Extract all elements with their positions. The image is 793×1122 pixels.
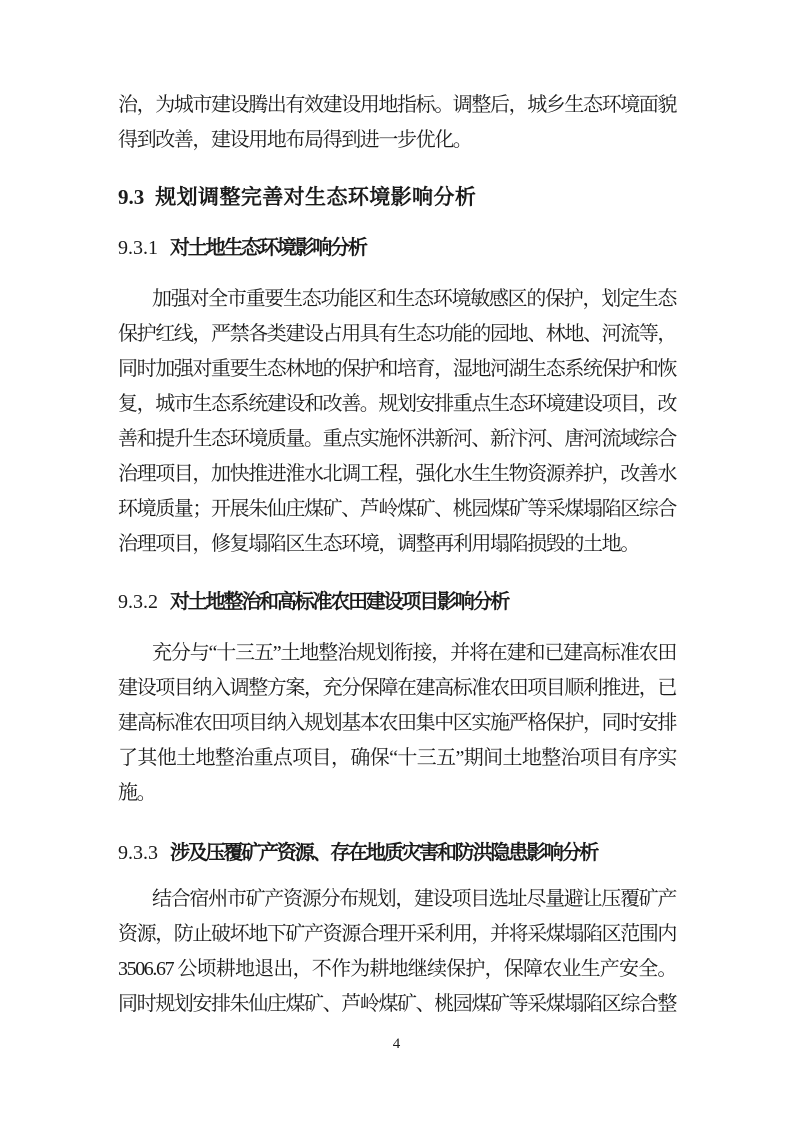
subsection-title: 涉及压覆矿产资源、存在地质灾害和防洪隐患影响分析 — [170, 842, 597, 864]
subsection-heading-9-3-1: 9.3.1对土地生态环境影响分析 — [118, 230, 676, 267]
subsection-heading-9-3-2: 9.3.2对土地整治和高标准农田建设项目影响分析 — [118, 584, 676, 621]
paragraph-continuation: 治，为城市建设腾出有效建设用地指标。调整后，城乡生态环境面貌得到改善，建设用地布… — [118, 88, 676, 158]
section-title: 规划调整完善对生态环境影响分析 — [155, 186, 476, 209]
paragraph-9-3-1: 加强对全市重要生态功能区和生态环境敏感区的保护，划定生态保护红线，严禁各类建设占… — [118, 282, 676, 562]
subsection-number: 9.3.2 — [118, 591, 158, 613]
page-footer: 4 — [0, 1036, 793, 1053]
subsection-title: 对土地生态环境影响分析 — [170, 237, 366, 259]
paragraph-9-3-2: 充分与“十三五”土地整治规划衔接，并将在建和已建高标准农田建设项目纳入调整方案，… — [118, 636, 676, 811]
section-number: 9.3 — [118, 185, 144, 209]
subsection-number: 9.3.1 — [118, 237, 158, 259]
document-page: 治，为城市建设腾出有效建设用地指标。调整后，城乡生态环境面貌得到改善，建设用地布… — [0, 0, 793, 1122]
subsection-title: 对土地整治和高标准农田建设项目影响分析 — [170, 591, 508, 613]
document-content: 治，为城市建设腾出有效建设用地指标。调整后，城乡生态环境面貌得到改善，建设用地布… — [118, 88, 676, 1022]
subsection-heading-9-3-3: 9.3.3涉及压覆矿产资源、存在地质灾害和防洪隐患影响分析 — [118, 835, 676, 872]
paragraph-9-3-3: 结合宿州市矿产资源分布规划，建设项目选址尽量避让压覆矿产资源，防止破坏地下矿产资… — [118, 882, 676, 1022]
section-heading-9-3: 9.3规划调整完善对生态环境影响分析 — [118, 177, 676, 218]
page-number: 4 — [393, 1036, 401, 1052]
subsection-number: 9.3.3 — [118, 842, 158, 864]
